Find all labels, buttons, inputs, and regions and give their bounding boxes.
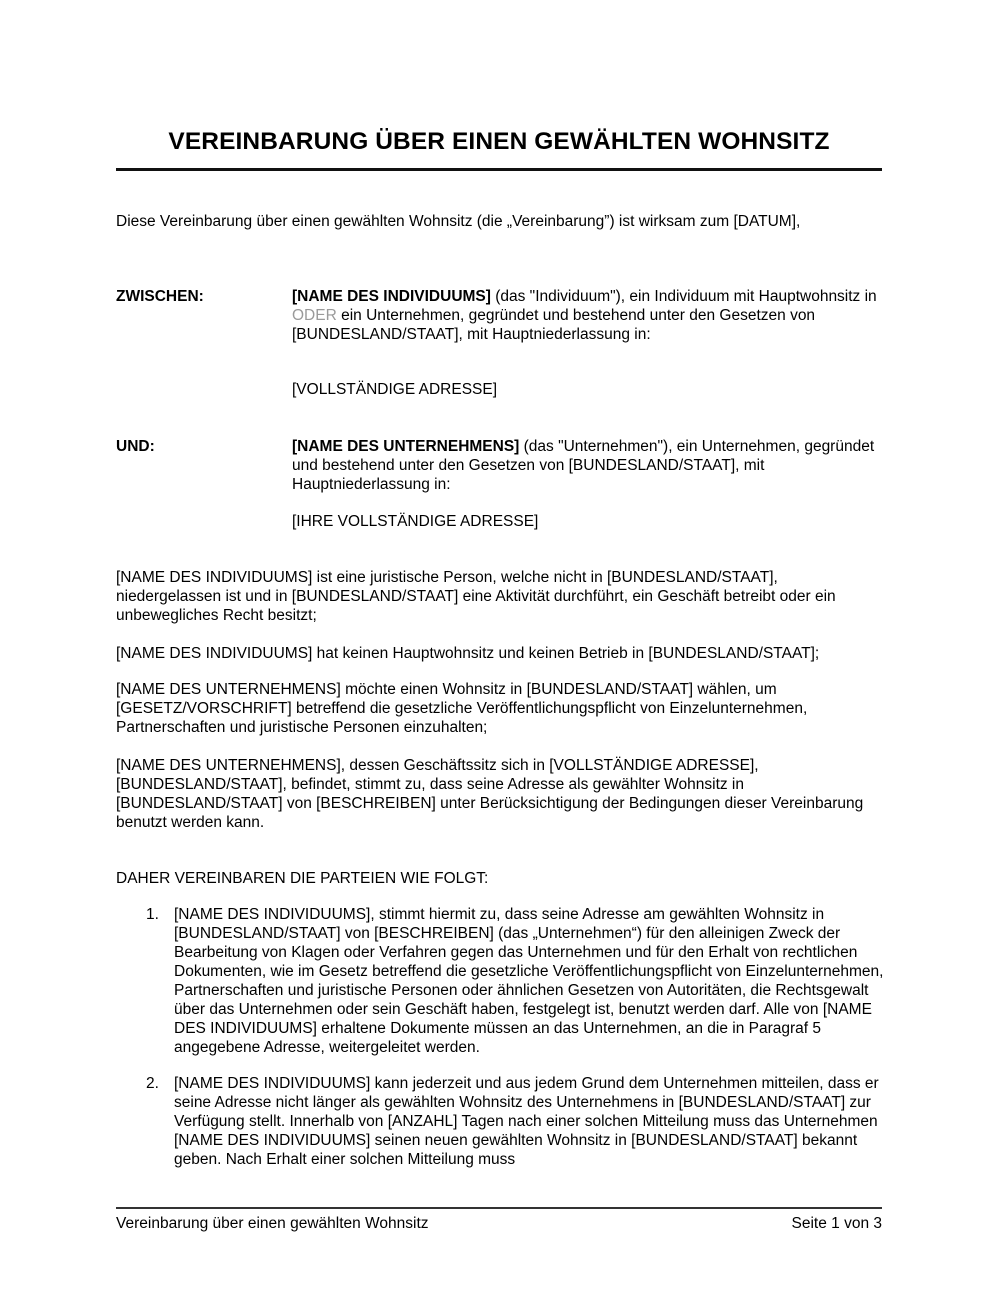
party-address: [VOLLSTÄNDIGE ADRESSE]: [292, 380, 497, 399]
party-label: UND:: [116, 437, 155, 456]
clause-number: 1.: [146, 905, 159, 924]
footer-divider: [116, 1207, 882, 1209]
document-page: VEREINBARUNG ÜBER EINEN GEWÄHLTEN WOHNSI…: [0, 0, 1000, 1290]
party-text: ein Unternehmen, gegründet und bestehend…: [292, 307, 815, 343]
intro-paragraph: Diese Vereinbarung über einen gewählten …: [116, 212, 882, 231]
party-description: [NAME DES UNTERNEHMENS] (das "Unternehme…: [292, 437, 882, 494]
party-address: [IHRE VOLLSTÄNDIGE ADRESSE]: [292, 512, 538, 531]
title-divider: [116, 168, 882, 171]
party-name: [NAME DES UNTERNEHMENS]: [292, 438, 519, 455]
option-placeholder: ODER: [292, 307, 337, 324]
party-text: (das "Individuum"), ein Individuum mit H…: [491, 288, 877, 305]
party-label: ZWISCHEN:: [116, 287, 204, 306]
clause-text: [NAME DES INDIVIDUUMS] kann jederzeit un…: [174, 1074, 886, 1169]
clause-number: 2.: [146, 1074, 159, 1093]
recital-paragraph: [NAME DES INDIVIDUUMS] ist eine juristis…: [116, 568, 886, 625]
clause-text: [NAME DES INDIVIDUUMS], stimmt hiermit z…: [174, 905, 886, 1057]
recital-paragraph: [NAME DES INDIVIDUUMS] hat keinen Hauptw…: [116, 644, 886, 663]
recital-paragraph: [NAME DES UNTERNEHMENS] möchte einen Woh…: [116, 680, 886, 737]
page-number: Seite 1 von 3: [792, 1214, 882, 1233]
document-title: VEREINBARUNG ÜBER EINEN GEWÄHLTEN WOHNSI…: [116, 128, 882, 156]
party-name: [NAME DES INDIVIDUUMS]: [292, 288, 491, 305]
recital-paragraph: [NAME DES UNTERNEHMENS], dessen Geschäft…: [116, 756, 886, 832]
agreement-heading: DAHER VEREINBAREN DIE PARTEIEN WIE FOLGT…: [116, 869, 886, 888]
footer-document-name: Vereinbarung über einen gewählten Wohnsi…: [116, 1214, 429, 1233]
party-description: [NAME DES INDIVIDUUMS] (das "Individuum"…: [292, 287, 882, 344]
